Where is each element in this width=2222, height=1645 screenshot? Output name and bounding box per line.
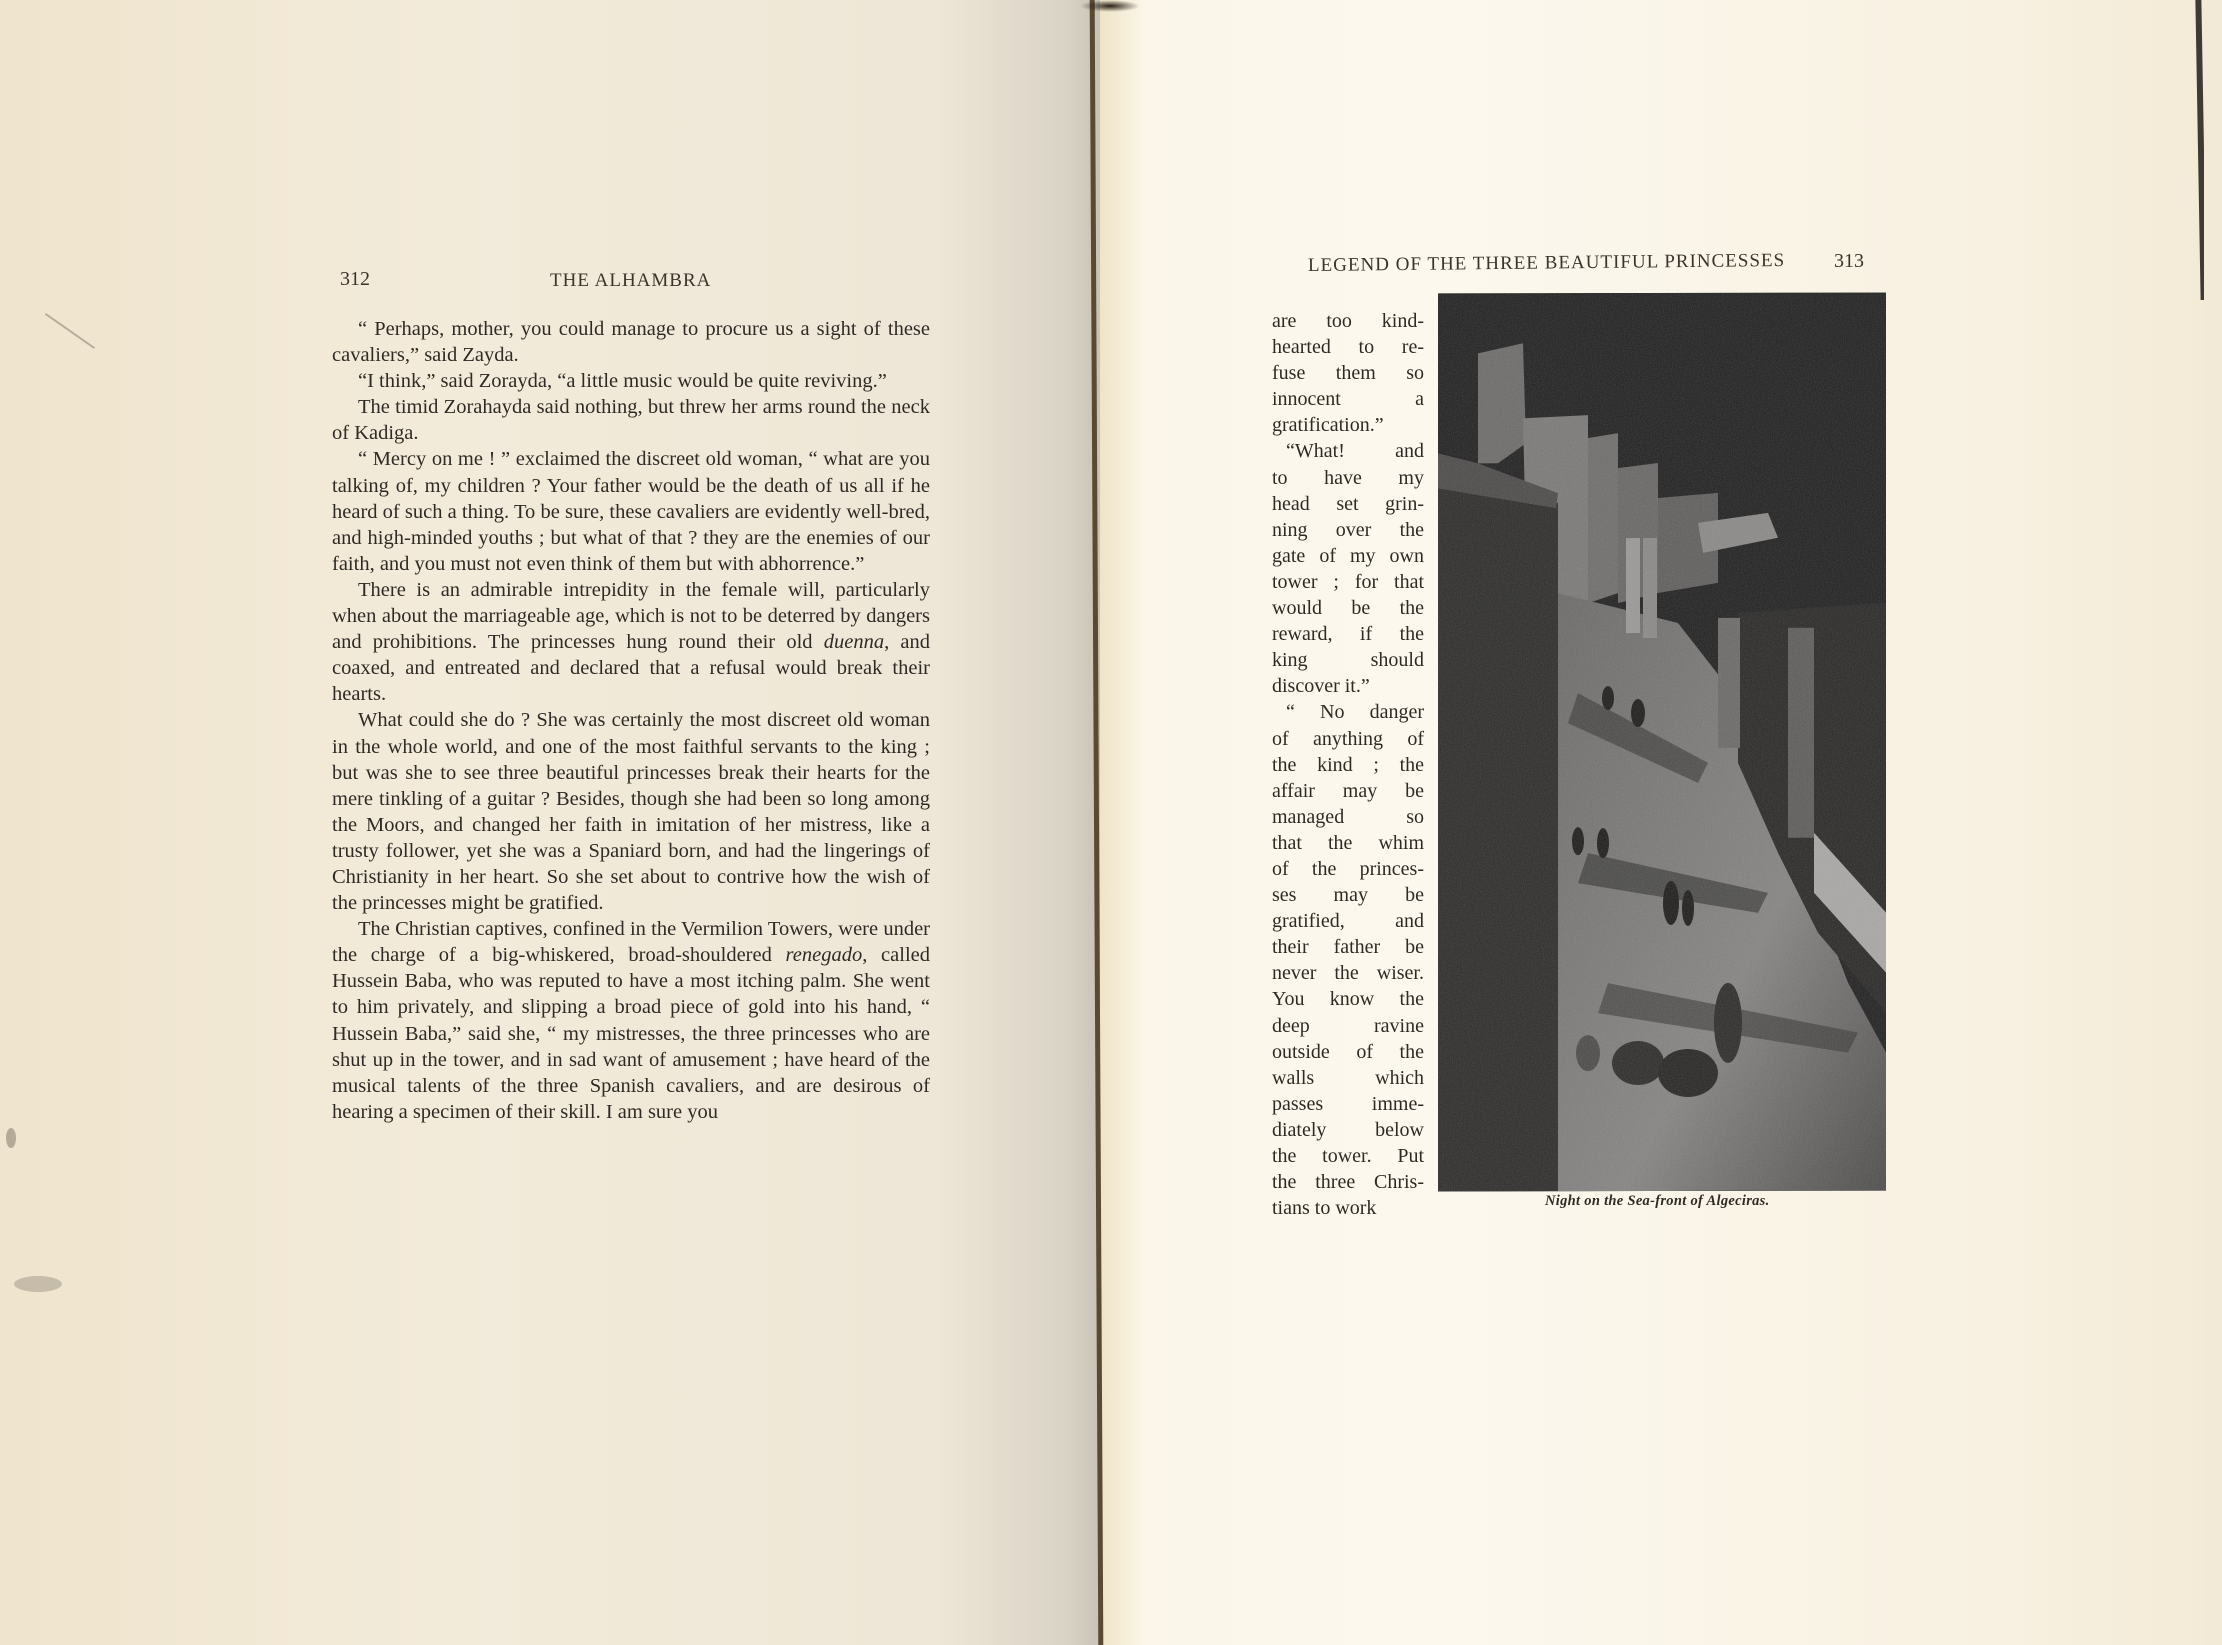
text-line: reward, if the — [1272, 621, 1424, 647]
text-line: hearted to re- — [1272, 334, 1424, 360]
page-number-right: 313 — [1834, 250, 1864, 273]
text-line: are too kind- — [1272, 308, 1424, 334]
text-line: “What! and — [1272, 438, 1424, 464]
text-line: affair may be — [1272, 778, 1424, 804]
page-number-left: 312 — [340, 268, 370, 291]
illustration-plate — [1438, 293, 1886, 1192]
right-page-narrow-column: are too kind-hearted to re-fuse them soi… — [1272, 308, 1424, 1221]
paragraph: The Christian captives, confined in the … — [332, 916, 930, 1125]
next-page-edge — [2204, 0, 2222, 1645]
text-run: , called Hussein Baba, who was reputed t… — [332, 944, 930, 1123]
text-line: the three Chris- — [1272, 1169, 1424, 1195]
text-line: head set grin- — [1272, 491, 1424, 517]
paper-spot — [6, 1128, 16, 1148]
paragraph: The timid Zorahayda said nothing, but th… — [332, 394, 930, 446]
text-line: the kind ; the — [1272, 752, 1424, 778]
text-line: You know the — [1272, 986, 1424, 1012]
text-line: of the princes- — [1272, 856, 1424, 882]
running-head-left: THE ALHAMBRA — [550, 270, 711, 292]
night-seafront-illustration — [1438, 293, 1886, 1192]
paragraph: “ Mercy on me ! ” exclaimed the discreet… — [332, 446, 930, 576]
text-line: fuse them so — [1272, 360, 1424, 386]
text-line: tower ; for that — [1272, 569, 1424, 595]
paper-spot — [14, 1276, 62, 1292]
text-line: walls which — [1272, 1065, 1424, 1091]
italic-word: duenna — [824, 631, 884, 653]
text-line: ses may be — [1272, 882, 1424, 908]
text-line: discover it.” — [1272, 673, 1424, 699]
paragraph: “I think,” said Zorayda, “a little music… — [332, 368, 930, 394]
text-line: deep ravine — [1272, 1013, 1424, 1039]
text-line: the tower. Put — [1272, 1143, 1424, 1169]
text-line: tians to work — [1272, 1195, 1424, 1221]
paragraph: There is an admirable intrepidity in the… — [332, 577, 930, 707]
text-line: passes imme- — [1272, 1091, 1424, 1117]
paragraph: “ Perhaps, mother, you could manage to p… — [332, 316, 930, 368]
text-line: diately below — [1272, 1117, 1424, 1143]
text-line: king should — [1272, 647, 1424, 673]
text-line: of anything of — [1272, 726, 1424, 752]
text-line: gratified, and — [1272, 908, 1424, 934]
text-line: managed so — [1272, 804, 1424, 830]
text-line: gratification.” — [1272, 412, 1424, 438]
text-line: would be the — [1272, 595, 1424, 621]
text-line: never the wiser. — [1272, 960, 1424, 986]
text-line: ning over the — [1272, 517, 1424, 543]
gutter-shadow — [1080, 0, 1140, 12]
plate-caption: Night on the Sea-front of Algeciras. — [1545, 1193, 1770, 1210]
text-line: outside of the — [1272, 1039, 1424, 1065]
italic-word: renegado — [786, 944, 863, 966]
paragraph: What could she do ? She was certainly th… — [332, 707, 930, 916]
text-line: “ No danger — [1272, 699, 1424, 725]
left-page-body: “ Perhaps, mother, you could manage to p… — [332, 316, 930, 1125]
text-line: their father be — [1272, 934, 1424, 960]
text-line: gate of my own — [1272, 543, 1424, 569]
text-line: to have my — [1272, 465, 1424, 491]
text-line: innocent a — [1272, 386, 1424, 412]
text-line: that the whim — [1272, 830, 1424, 856]
